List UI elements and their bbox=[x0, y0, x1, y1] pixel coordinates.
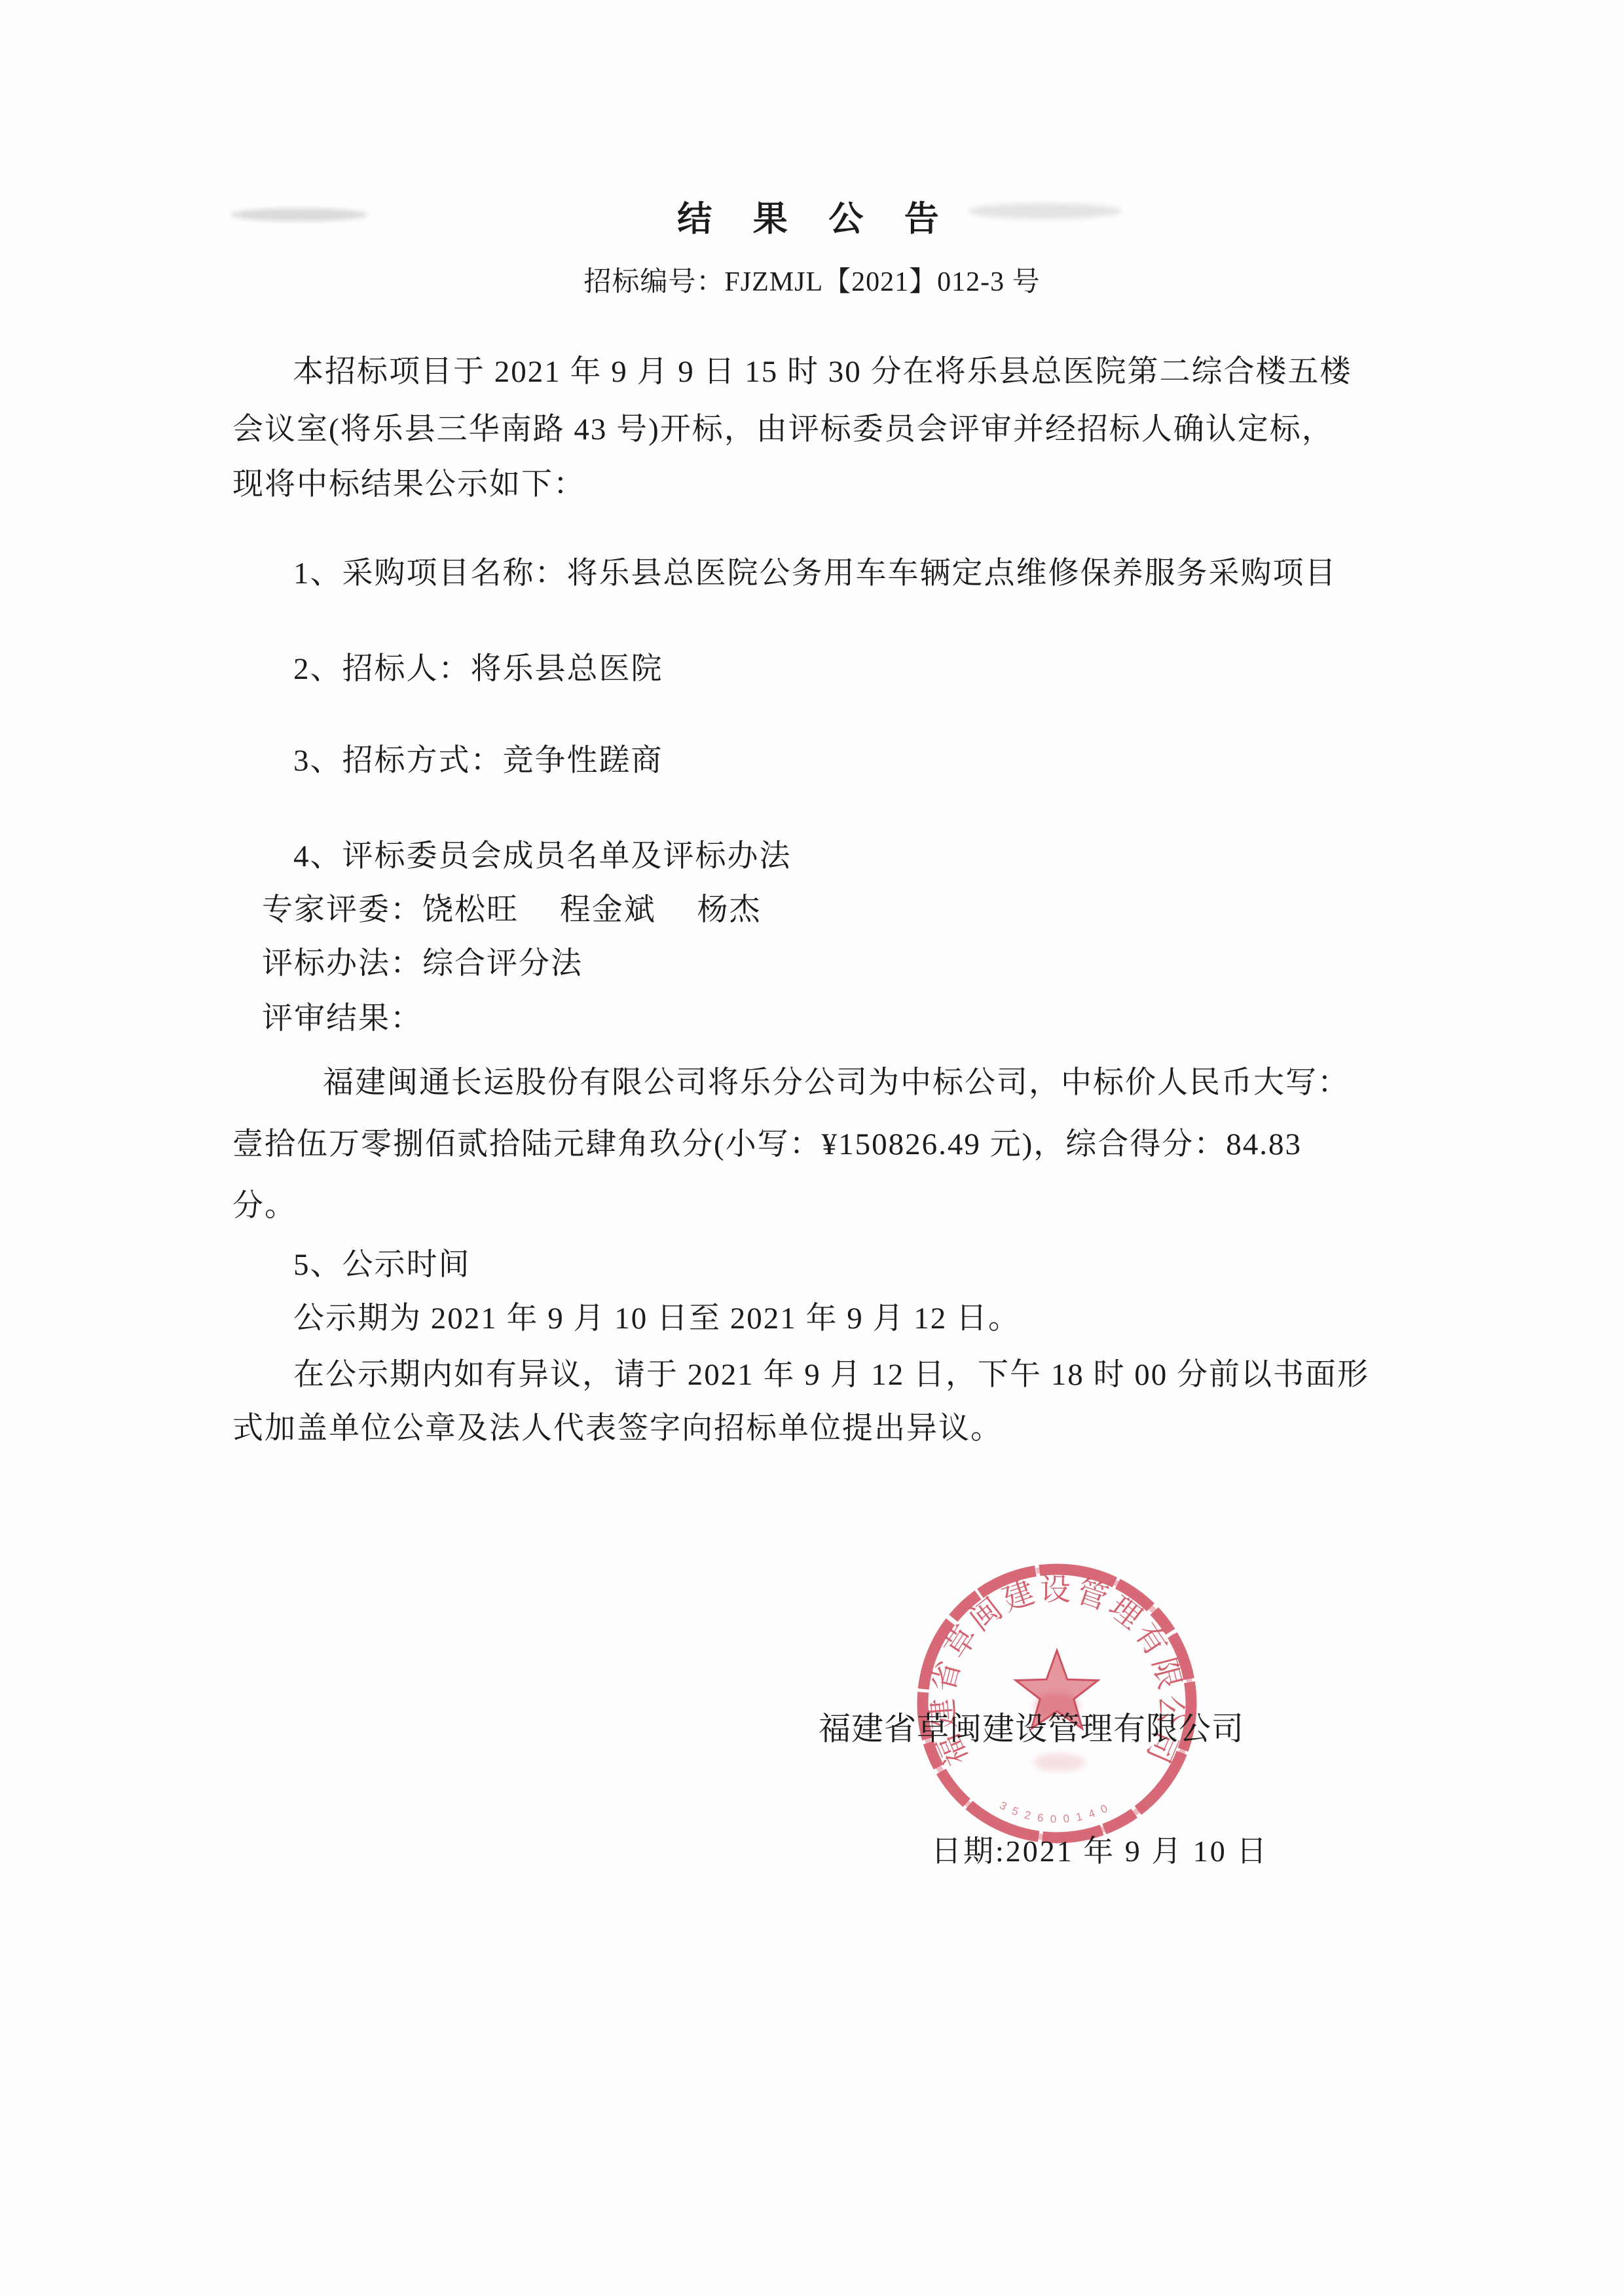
evaluation-method: 评标办法：综合评分法 bbox=[262, 945, 583, 982]
item-publicity-period: 5、公示时间 bbox=[293, 1247, 471, 1283]
official-seal: 福建省草闽建设管理有限公司 352600140 bbox=[908, 1554, 1206, 1853]
seal-code: 352600140 bbox=[998, 1799, 1116, 1825]
page-title: 结 果 公 告 bbox=[0, 199, 1624, 241]
signature-date: 日期:2021 年 9 月 10 日 bbox=[931, 1833, 1268, 1869]
bid-number: 招标编号：FJZMJL【2021】012-3 号 bbox=[0, 266, 1624, 299]
item-bid-method: 3、招标方式：竞争性蹉商 bbox=[293, 742, 663, 779]
scan-smudge bbox=[231, 208, 368, 221]
scanned-document-page: 结 果 公 告 招标编号：FJZMJL【2021】012-3 号 本招标项目于 … bbox=[0, 0, 1624, 2296]
award-line-3: 分。 bbox=[232, 1188, 297, 1224]
item-project-name: 1、采购项目名称：将乐县总医院公务用车车辆定点维修保养服务采购项目 bbox=[293, 555, 1337, 592]
seal-ink-smudge bbox=[1033, 1753, 1086, 1772]
intro-line-1: 本招标项目于 2021 年 9 月 9 日 15 时 30 分在将乐县总医院第二… bbox=[232, 354, 1352, 390]
item-tenderee: 2、招标人：将乐县总医院 bbox=[293, 651, 663, 687]
scan-smudge bbox=[968, 203, 1122, 219]
signature-company: 福建省草闽建设管理有限公司 bbox=[819, 1710, 1244, 1749]
intro-line-2: 会议室(将乐县三华南路 43 号)开标，由评标委员会评审并经招标人确认定标， bbox=[232, 411, 1334, 448]
award-line-1: 福建闽通长运股份有限公司将乐分公司为中标公司，中标价人民币大写： bbox=[232, 1065, 1350, 1101]
publicity-line-2: 在公示期内如有异议，请于 2021 年 9 月 12 日，下午 18 时 00 … bbox=[232, 1357, 1369, 1393]
expert-panel: 专家评委：饶松旺 程金斌 杨杰 bbox=[262, 892, 762, 928]
publicity-line-1: 公示期为 2021 年 9 月 10 日至 2021 年 9 月 12 日。 bbox=[232, 1300, 1020, 1337]
publicity-line-3: 式加盖单位公章及法人代表签字向招标单位提出异议。 bbox=[232, 1410, 1003, 1447]
award-line-2: 壹拾伍万零捌佰贰拾陆元肆角玖分(小写：¥150826.49 元)，综合得分：84… bbox=[232, 1126, 1302, 1163]
item-committee: 4、评标委员会成员名单及评标办法 bbox=[293, 838, 792, 875]
review-result-label: 评审结果： bbox=[262, 1000, 422, 1037]
intro-line-3: 现将中标结果公示如下： bbox=[232, 466, 585, 503]
scan-smudge bbox=[452, 1082, 474, 1089]
